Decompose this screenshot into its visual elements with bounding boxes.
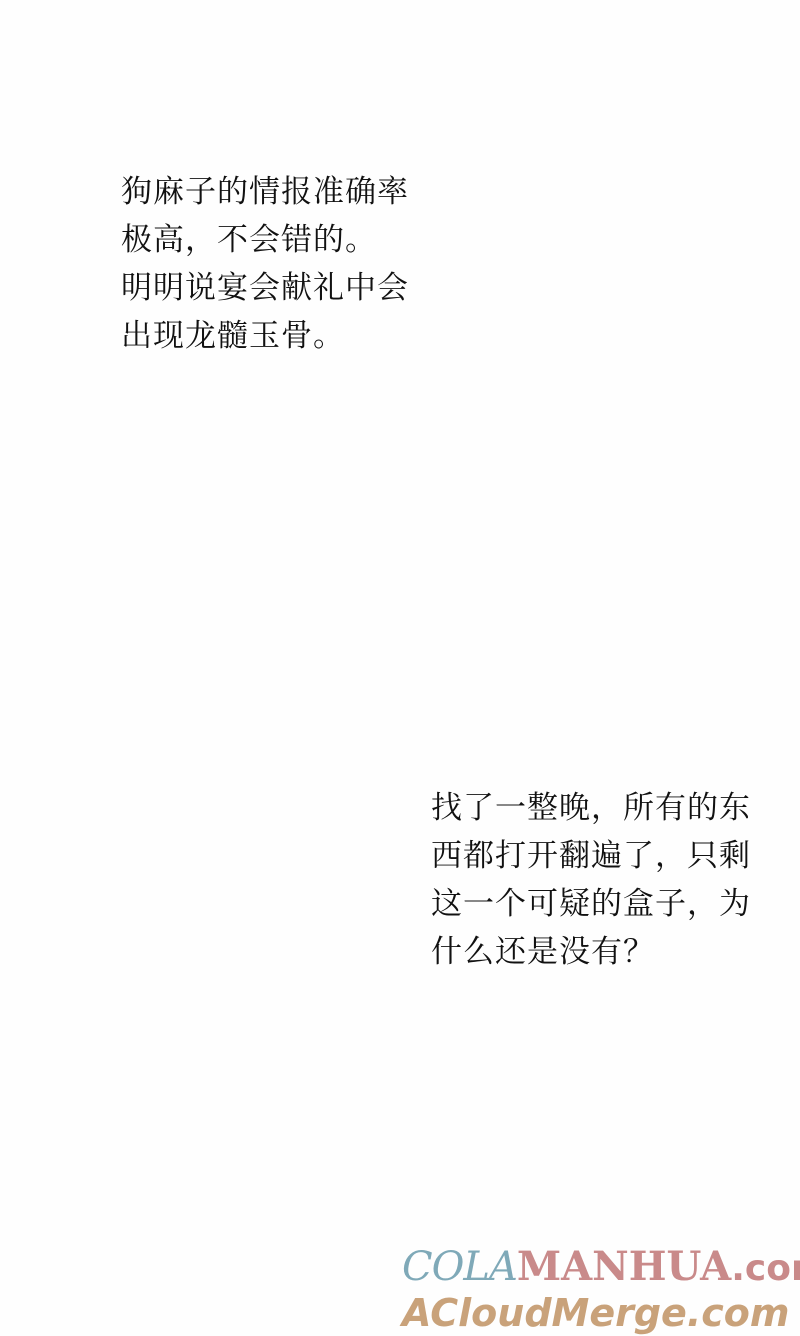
watermark-line-2: ACloudMerge.com: [402, 1292, 800, 1334]
site-watermark: COLAMANHUA.com ACloudMerge.com: [402, 1244, 800, 1334]
caption-line: 找了一整晚，所有的东: [431, 784, 751, 832]
caption-line: 极高，不会错的。: [121, 216, 409, 264]
caption-line: 狗麻子的情报准确率: [121, 168, 409, 216]
caption-line: 西都打开翻遍了，只剩: [431, 832, 751, 880]
narration-caption-1: 狗麻子的情报准确率 极高，不会错的。 明明说宴会献礼中会 出现龙髓玉骨。: [121, 168, 409, 360]
narration-caption-2: 找了一整晚，所有的东 西都打开翻遍了，只剩 这一个可疑的盒子，为 什么还是没有？: [431, 784, 751, 976]
watermark-com: .com: [731, 1248, 800, 1289]
caption-line: 这一个可疑的盒子，为: [431, 880, 751, 928]
comic-panel: 狗麻子的情报准确率 极高，不会错的。 明明说宴会献礼中会 出现龙髓玉骨。 找了一…: [0, 0, 800, 1336]
watermark-line-1: COLAMANHUA.com: [402, 1244, 800, 1290]
caption-line: 什么还是没有？: [431, 928, 751, 976]
caption-line: 明明说宴会献礼中会: [121, 264, 409, 312]
watermark-cola: COLA: [402, 1244, 517, 1290]
watermark-manhua: MANHUA: [517, 1243, 731, 1290]
caption-line: 出现龙髓玉骨。: [121, 312, 409, 360]
